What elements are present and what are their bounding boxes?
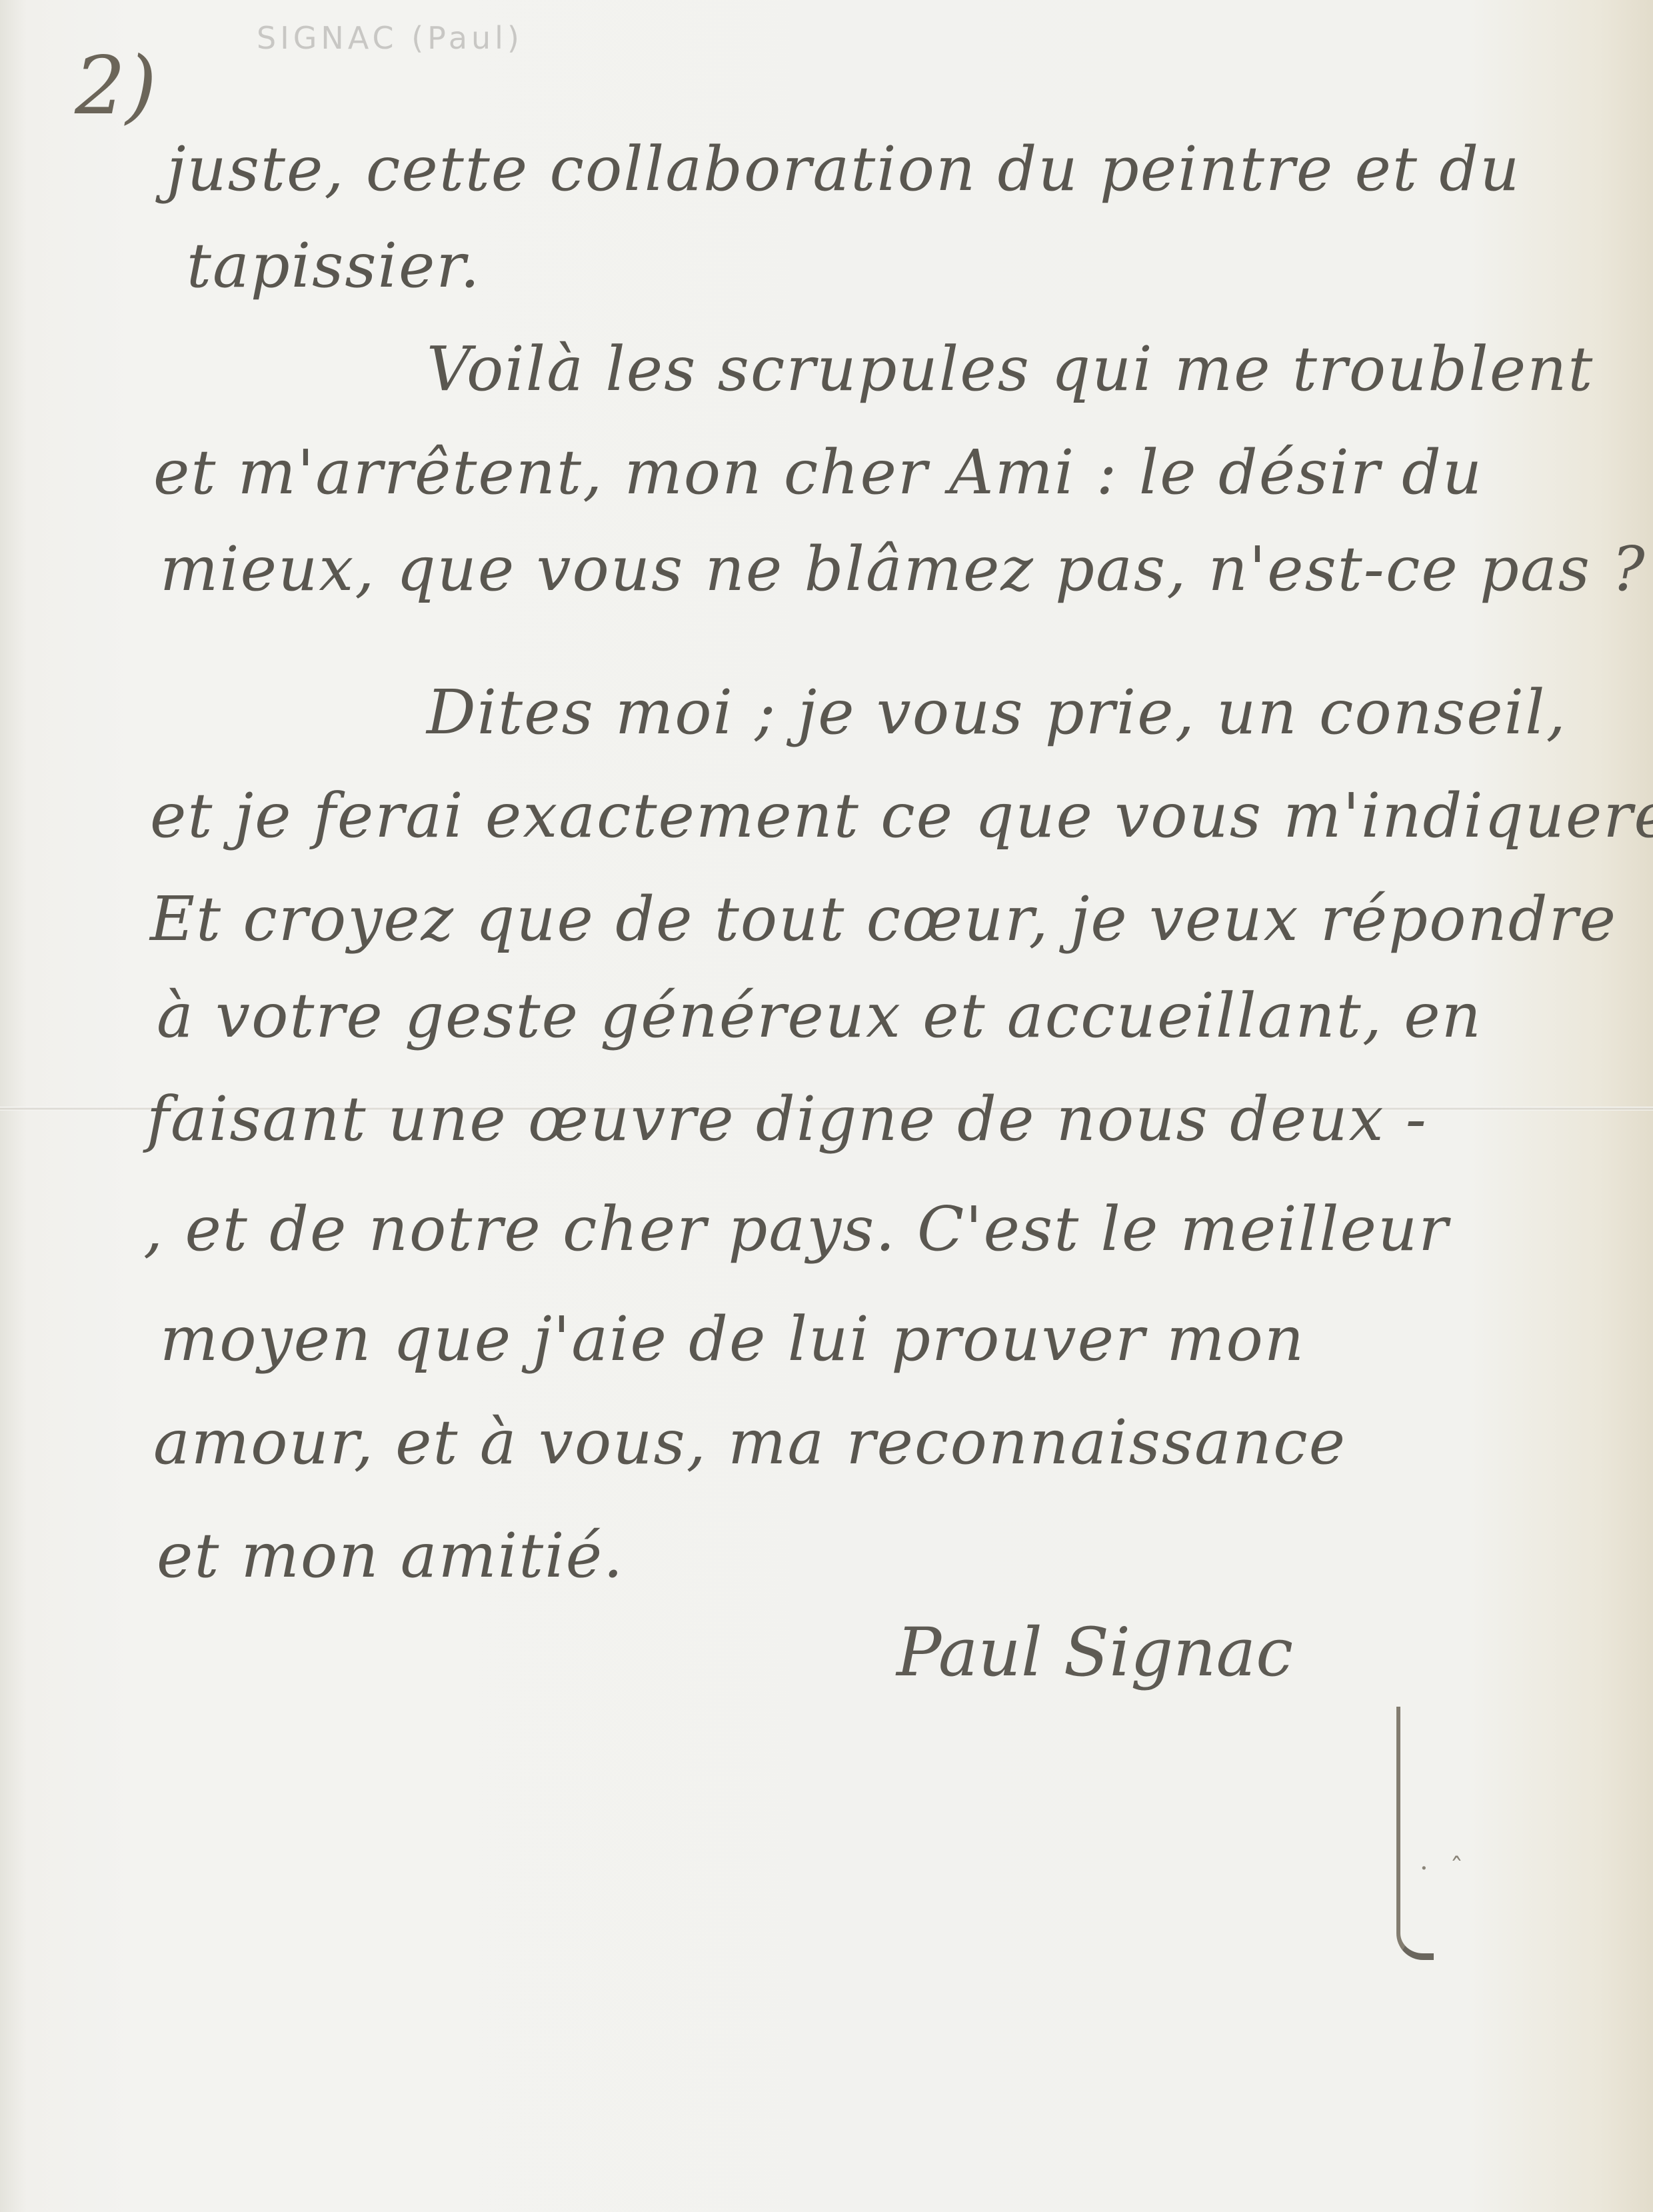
signature-paraph-stroke [1396, 1707, 1434, 1960]
letter-sheet: SIGNAC (Paul) 2) juste, cette collaborat… [0, 0, 1653, 2212]
letter-line: , et de notre cher pays. C'est le meille… [143, 1193, 1449, 1265]
ink-marks: · ˆ [1420, 1853, 1470, 1884]
letter-line: Voilà les scrupules qui me troublent [427, 333, 1594, 405]
letter-line: moyen que j'aie de lui prouver mon [160, 1303, 1305, 1375]
letter-line: faisant une œuvre digne de nous deux - [147, 1083, 1428, 1155]
page-number: 2) [75, 40, 157, 133]
letter-line: juste, cette collaboration du peintre et… [167, 133, 1520, 205]
signature: Paul Signac [896, 1613, 1293, 1691]
letter-line: Dites moi ; je vous prie, un conseil, [427, 677, 1567, 748]
letter-line: et mon amitié. [157, 1520, 624, 1591]
archival-pencil-note: SIGNAC (Paul) [257, 20, 523, 56]
letter-line: et m'arrêtent, mon cher Ami : le désir d… [153, 437, 1483, 508]
letter-line: tapissier. [187, 230, 481, 301]
letter-line: amour, et à vous, ma reconnaissance [153, 1407, 1346, 1478]
letter-line: à votre geste généreux et accueillant, e… [157, 980, 1482, 1051]
letter-line: mieux, que vous ne blâmez pas, n'est-ce … [160, 533, 1646, 605]
letter-line: Et croyez que de tout cœur, je veux répo… [150, 883, 1617, 955]
letter-line: et je ferai exactement ce que vous m'ind… [150, 780, 1653, 851]
